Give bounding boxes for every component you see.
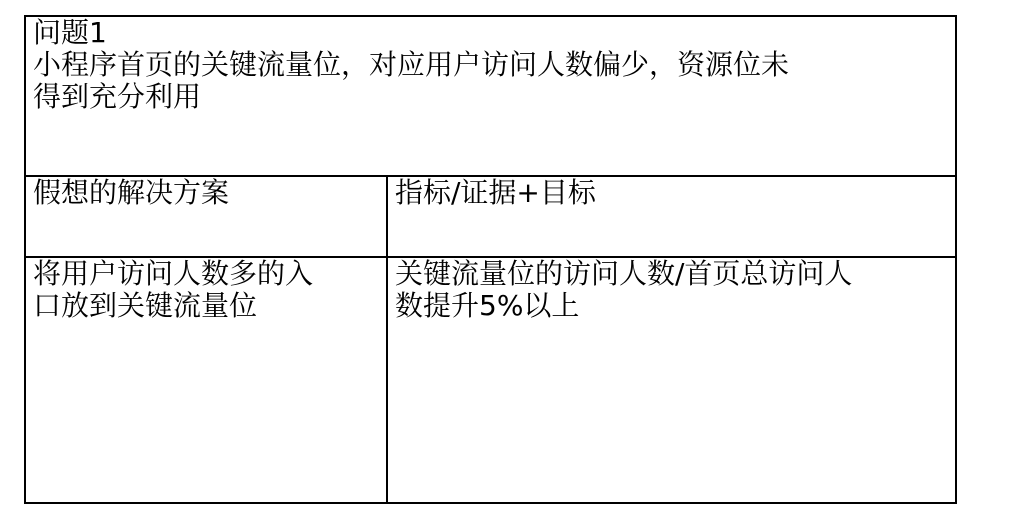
metric-line-2: 数提升5%以上 (395, 290, 947, 322)
problem-text-line-2: 得到充分利用 (33, 81, 947, 113)
problem-title: 问题1 (33, 17, 947, 49)
solution-cell: 将用户访问人数多的入 口放到关键流量位 (26, 258, 388, 502)
problem-table: 问题1 小程序首页的关键流量位，对应用户访问人数偏少，资源位未 得到充分利用 假… (24, 15, 957, 504)
header-solution-label: 假想的解决方案 (33, 177, 378, 209)
problem-text-line-1: 小程序首页的关键流量位，对应用户访问人数偏少，资源位未 (33, 49, 947, 81)
solution-line-2: 口放到关键流量位 (33, 290, 378, 322)
metric-line-1: 关键流量位的访问人数/首页总访问人 (395, 258, 947, 290)
metric-cell: 关键流量位的访问人数/首页总访问人 数提升5%以上 (388, 258, 955, 502)
problem-cell: 问题1 小程序首页的关键流量位，对应用户访问人数偏少，资源位未 得到充分利用 (26, 17, 955, 175)
header-row: 假想的解决方案 指标/证据+目标 (26, 177, 955, 258)
header-solution: 假想的解决方案 (26, 177, 388, 256)
solution-line-1: 将用户访问人数多的入 (33, 258, 378, 290)
header-metric-label: 指标/证据+目标 (395, 177, 947, 209)
header-metric: 指标/证据+目标 (388, 177, 955, 256)
table-row: 将用户访问人数多的入 口放到关键流量位 关键流量位的访问人数/首页总访问人 数提… (26, 258, 955, 502)
problem-row: 问题1 小程序首页的关键流量位，对应用户访问人数偏少，资源位未 得到充分利用 (26, 17, 955, 177)
